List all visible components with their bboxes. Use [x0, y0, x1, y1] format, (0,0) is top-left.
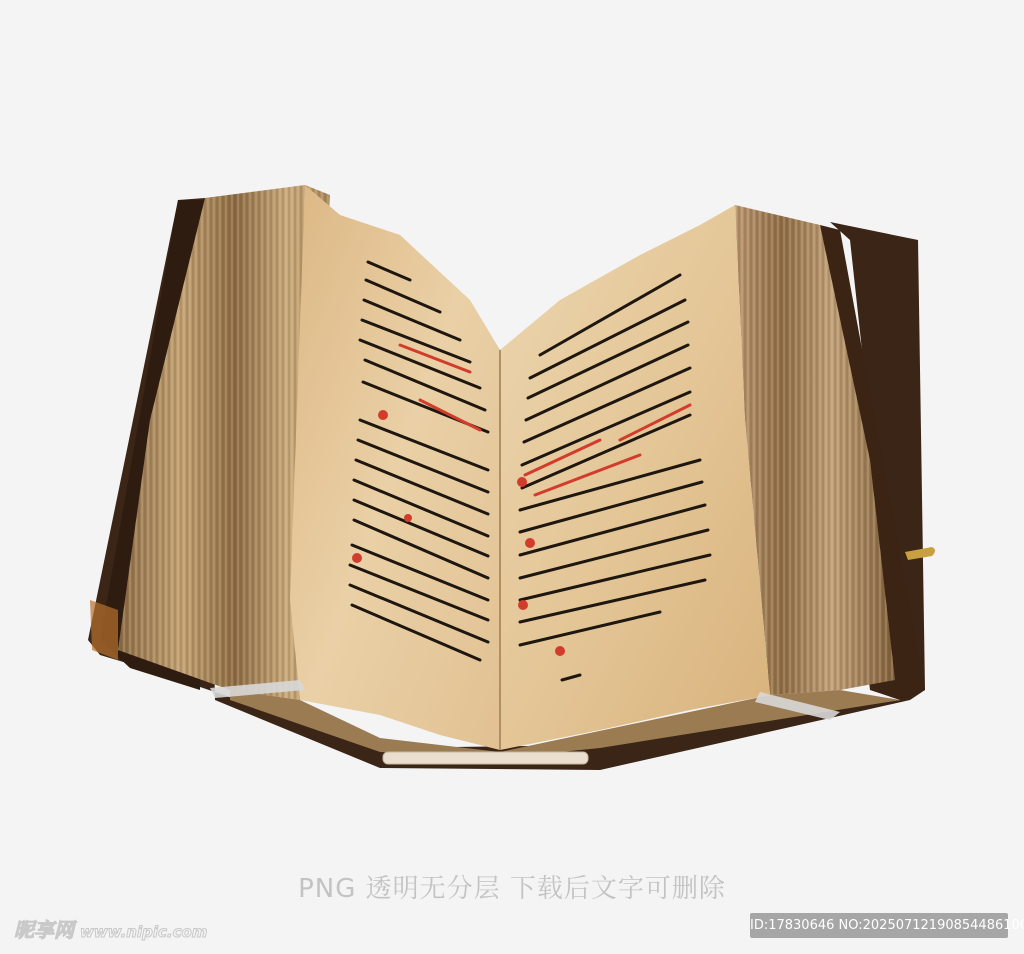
logo-url: www.nipic.com	[80, 923, 207, 941]
rubric-flower-icon	[378, 410, 388, 420]
image-id-badge: ID:17830646 NO:20250712190854486100	[750, 913, 1008, 938]
nipic-logo: 昵享网www.nipic.com	[14, 914, 207, 943]
open-manuscript-book	[0, 0, 1024, 954]
logo-text: 昵享网	[14, 918, 74, 942]
left-page	[290, 185, 500, 750]
photo-scene: PNG 透明无分层 下载后文字可删除 昵享网www.nipic.com ID:1…	[0, 0, 1024, 954]
watermark-caption: PNG 透明无分层 下载后文字可删除	[0, 868, 1024, 905]
spine-headband	[383, 752, 588, 764]
